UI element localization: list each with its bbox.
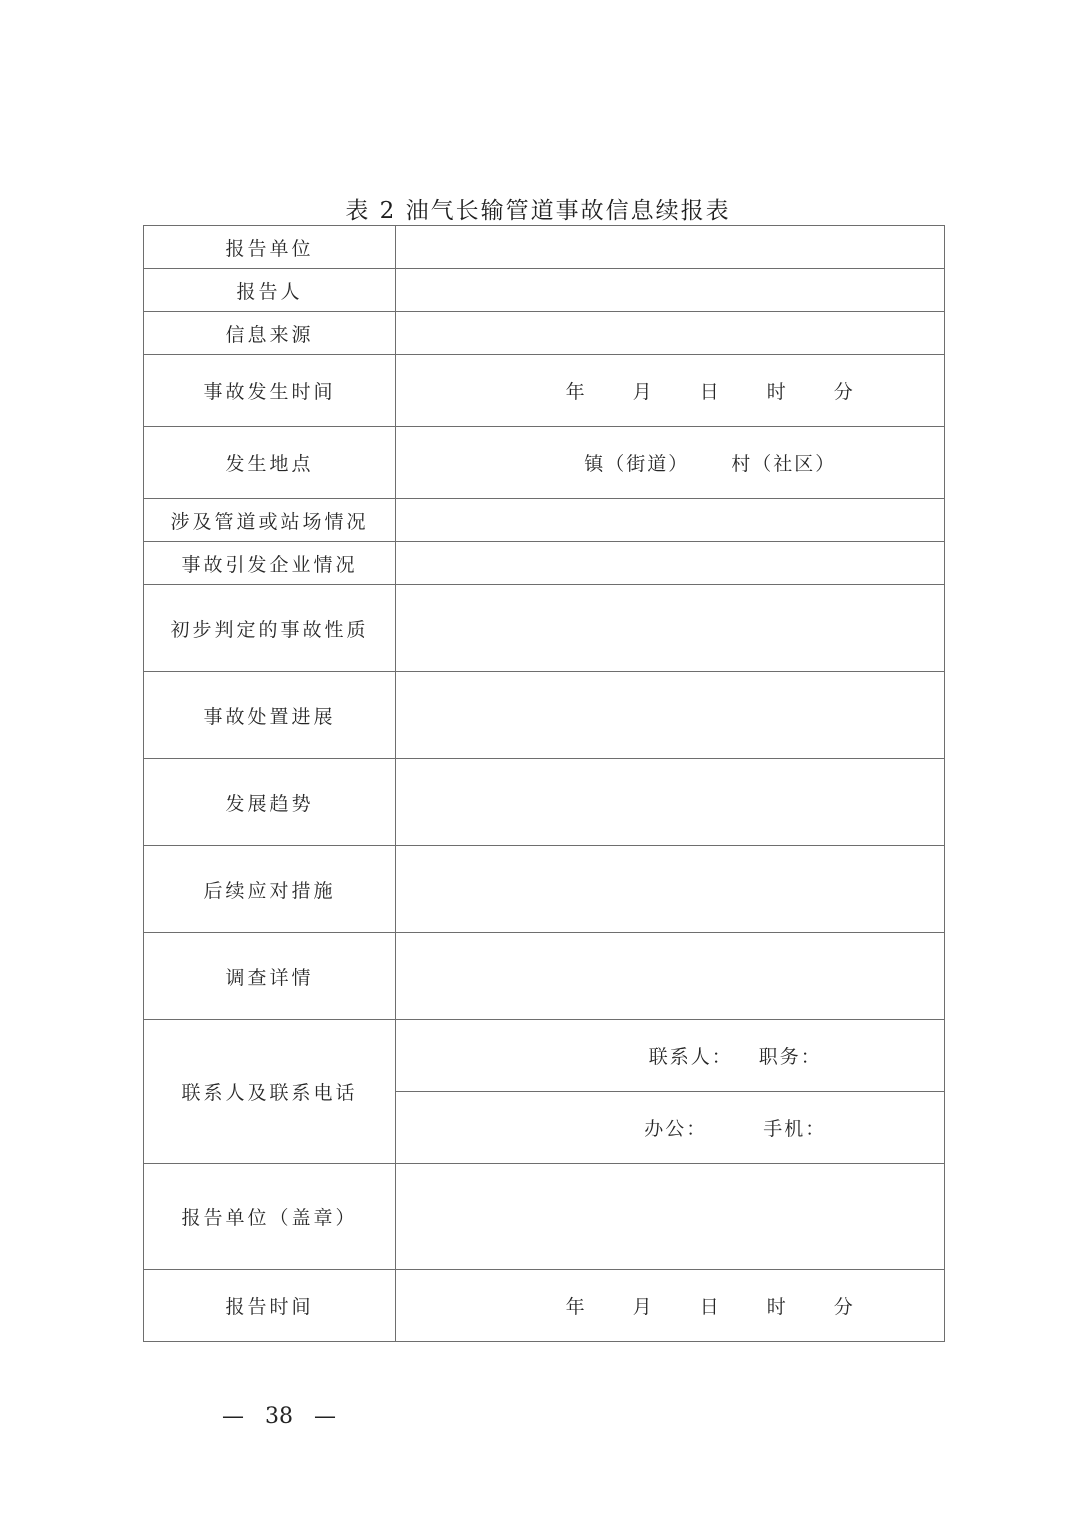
month-label: 月 <box>633 381 654 403</box>
report-time-field[interactable]: 年月日时分 <box>396 1270 945 1342</box>
minute-label: 分 <box>834 1296 855 1318</box>
unit-seal-field[interactable] <box>396 1164 945 1270</box>
row-label: 调查详情 <box>144 933 396 1020</box>
table-row-disposal-progress: 事故处置进展 <box>144 672 945 759</box>
row-label: 初步判定的事故性质 <box>144 585 396 672</box>
table-title: 表 2 油气长输管道事故信息续报表 <box>0 192 1076 225</box>
development-trend-field[interactable] <box>396 759 945 846</box>
incident-nature-field[interactable] <box>396 585 945 672</box>
incident-location-field[interactable]: 镇（街道）村（社区） <box>396 427 945 499</box>
table-row-pipeline-station: 涉及管道或站场情况 <box>144 499 945 542</box>
reporter-field[interactable] <box>396 269 945 312</box>
town-street-label: 镇（街道） <box>584 453 689 475</box>
enterprise-situation-field[interactable] <box>396 542 945 585</box>
row-label: 发生地点 <box>144 427 396 499</box>
investigation-details-field[interactable] <box>396 933 945 1020</box>
table-row-info-source: 信息来源 <box>144 312 945 355</box>
contact-person-label: 联系人： <box>649 1046 733 1068</box>
row-label: 报告人 <box>144 269 396 312</box>
row-label: 联系人及联系电话 <box>144 1020 396 1164</box>
table-row-contact: 联系人及联系电话 联系人：职务： <box>144 1020 945 1092</box>
row-label: 报告单位（盖章） <box>144 1164 396 1270</box>
follow-up-measures-field[interactable] <box>396 846 945 933</box>
table-row-incident-nature: 初步判定的事故性质 <box>144 585 945 672</box>
incident-time-field[interactable]: 年月日时分 <box>396 355 945 427</box>
table-row-incident-time: 事故发生时间 年月日时分 <box>144 355 945 427</box>
hour-label: 时 <box>767 1296 788 1318</box>
row-label: 事故引发企业情况 <box>144 542 396 585</box>
disposal-progress-field[interactable] <box>396 672 945 759</box>
table-row-investigation-details: 调查详情 <box>144 933 945 1020</box>
contact-person-field[interactable]: 联系人：职务： <box>396 1020 945 1092</box>
contact-phone-field[interactable]: 办公：手机： <box>396 1092 945 1164</box>
row-label: 信息来源 <box>144 312 396 355</box>
table-row-reporter: 报告人 <box>144 269 945 312</box>
table-row-unit-seal: 报告单位（盖章） <box>144 1164 945 1270</box>
table-row-report-time: 报告时间 年月日时分 <box>144 1270 945 1342</box>
table-row-follow-up-measures: 后续应对措施 <box>144 846 945 933</box>
day-label: 日 <box>700 381 721 403</box>
row-label: 事故处置进展 <box>144 672 396 759</box>
row-label: 报告单位 <box>144 226 396 269</box>
table-row-enterprise-situation: 事故引发企业情况 <box>144 542 945 585</box>
reporting-unit-field[interactable] <box>396 226 945 269</box>
pipeline-station-field[interactable] <box>396 499 945 542</box>
year-label: 年 <box>566 1296 587 1318</box>
incident-followup-report-table: 报告单位 报告人 信息来源 事故发生时间 年月日时分 发生地点 镇（街道）村（社… <box>143 225 945 1342</box>
info-source-field[interactable] <box>396 312 945 355</box>
row-label: 后续应对措施 <box>144 846 396 933</box>
row-label: 涉及管道或站场情况 <box>144 499 396 542</box>
row-label: 报告时间 <box>144 1270 396 1342</box>
row-label: 发展趋势 <box>144 759 396 846</box>
page-number: — 38 — <box>222 1404 336 1429</box>
year-label: 年 <box>566 381 587 403</box>
village-community-label: 村（社区） <box>731 453 836 475</box>
table-row-reporting-unit: 报告单位 <box>144 226 945 269</box>
month-label: 月 <box>633 1296 654 1318</box>
table-row-incident-location: 发生地点 镇（街道）村（社区） <box>144 427 945 499</box>
hour-label: 时 <box>767 381 788 403</box>
day-label: 日 <box>700 1296 721 1318</box>
row-label: 事故发生时间 <box>144 355 396 427</box>
table-row-development-trend: 发展趋势 <box>144 759 945 846</box>
minute-label: 分 <box>834 381 855 403</box>
office-phone-label: 办公： <box>644 1118 707 1140</box>
position-label: 职务： <box>759 1046 822 1068</box>
mobile-phone-label: 手机： <box>763 1118 826 1140</box>
